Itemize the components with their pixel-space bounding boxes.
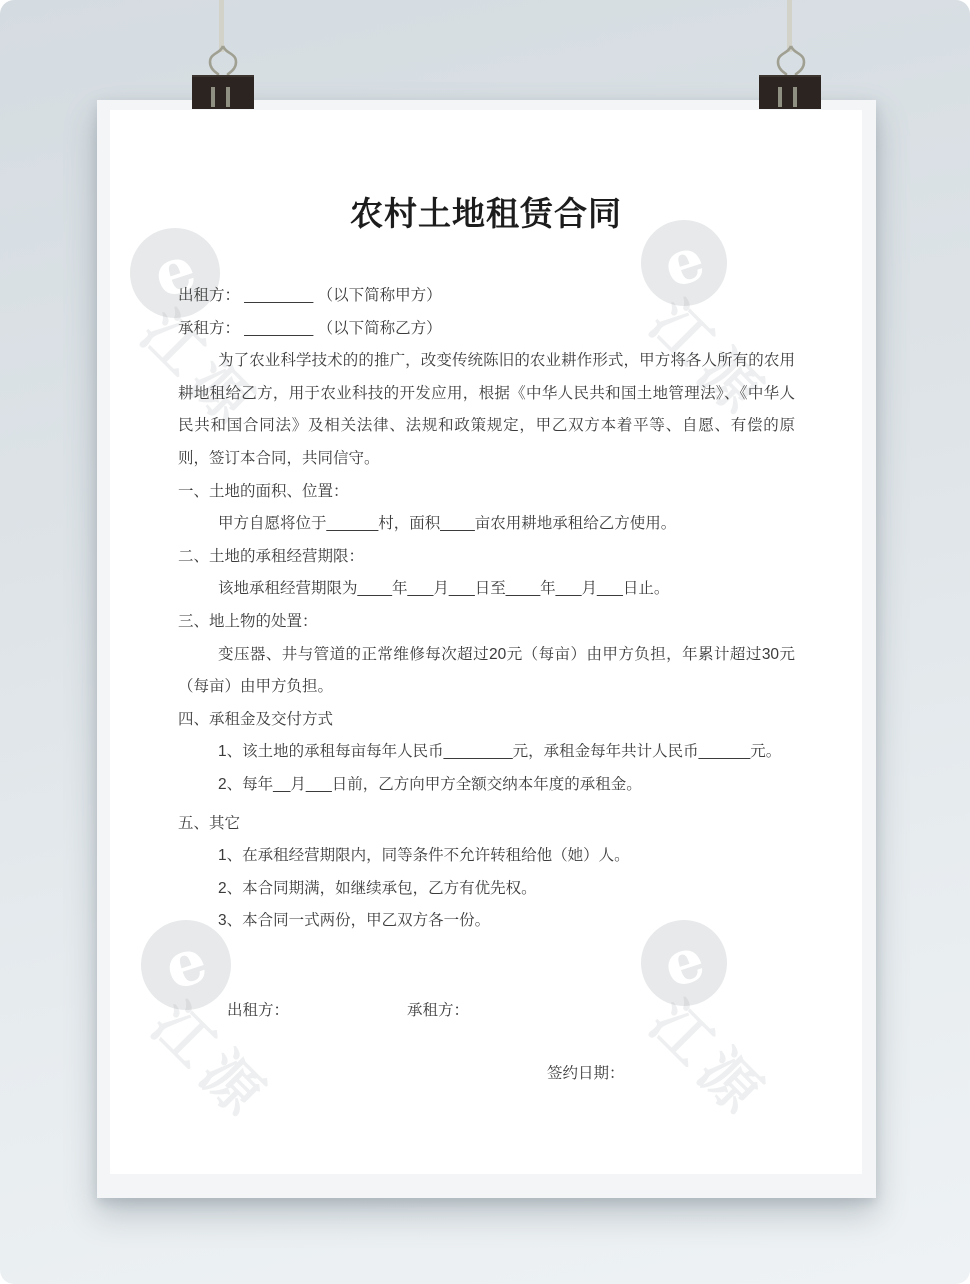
sign-date-label: 签约日期：: [547, 1063, 625, 1085]
clip-prong: [226, 87, 230, 107]
section-4-heading: 四、承租金及交付方式: [178, 704, 795, 737]
poster-background: e 江源 e 江源 e 江源 e 江源 农村土地租赁合同 出租方： ______…: [0, 0, 970, 1284]
section-5-clause-1: 1、在承租经营期限内，同等条件不允许转租给他（她）人。: [178, 840, 795, 873]
section-4-clause-2: 2、每年__月___日前，乙方向甲方全额交纳本年度的承租金。: [178, 769, 795, 802]
contract-content: 农村土地租赁合同 出租方： ________ （以下简称甲方） 承租方： ___…: [110, 110, 862, 1174]
preamble-paragraph: 为了农业科学技术的的推广，改变传统陈旧的农业耕作形式，甲方将各人所有的农用耕地租…: [178, 345, 795, 475]
section-3-heading: 三、地上物的处置：: [178, 606, 795, 639]
clip-prong: [211, 87, 215, 107]
section-1-clause: 甲方自愿将位于______村，面积____亩农用耕地承租给乙方使用。: [178, 508, 795, 541]
section-1-heading: 一、土地的面积、位置：: [178, 476, 795, 509]
clip-prong: [778, 87, 782, 107]
binder-clip: [759, 75, 821, 109]
section-5-heading: 五、其它: [178, 808, 795, 841]
contract-body: 出租方： ________ （以下简称甲方） 承租方： ________ （以下…: [178, 280, 795, 938]
lessor-line: 出租方： ________ （以下简称甲方）: [178, 280, 795, 313]
lessee-signature-label: 承租方：: [407, 1000, 469, 1022]
section-5-clause-3: 3、本合同一式两份，甲乙双方各一份。: [178, 905, 795, 938]
binder-clip: [192, 75, 254, 109]
lessor-signature-label: 出租方：: [227, 1000, 289, 1022]
clip-prong: [793, 87, 797, 107]
section-5-clause-2: 2、本合同期满，如继续承包，乙方有优先权。: [178, 873, 795, 906]
section-2-heading: 二、土地的承租经营期限：: [178, 541, 795, 574]
contract-title: 农村土地租赁合同: [110, 194, 862, 234]
section-2-clause: 该地承租经营期限为____年___月___日至____年___月___日止。: [178, 573, 795, 606]
section-4-clause-1: 1、该土地的承租每亩每年人民币________元，承租金每年共计人民币_____…: [178, 736, 795, 769]
lessee-line: 承租方： ________ （以下简称乙方）: [178, 313, 795, 346]
section-3-clause: 变压器、井与管道的正常维修每次超过20元（每亩）由甲方负担，年累计超过30元（每…: [178, 639, 795, 704]
